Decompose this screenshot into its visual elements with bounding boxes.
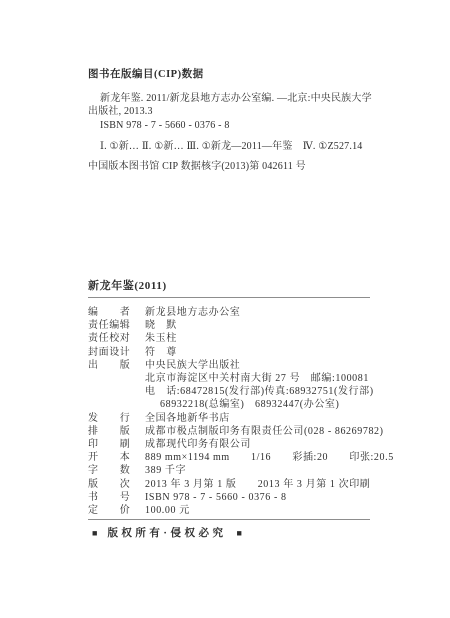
row-label	[88, 385, 145, 398]
row-value: 晓 默	[145, 319, 177, 332]
phone-general-office: 68932447(办公室)	[255, 399, 339, 410]
cip-record-number: 中国版本图书馆 CIP 数据核字(2013)第 042611 号	[88, 160, 388, 173]
row-value: 新龙县地方志办公室	[145, 306, 240, 319]
phone-sales-dept: 电 话:68472815(发行部)	[145, 385, 265, 398]
colophon-rows: 编 者 新龙县地方志办公室 责任编辑 晓 默 责任校对 朱玉柱 封面设计 符 尊…	[88, 306, 400, 517]
divider-bottom	[88, 519, 370, 520]
row-format: 开 本 889 mm×1194 mm 1/16 彩插:20 印张:20.5	[88, 451, 400, 464]
divider-top	[88, 297, 370, 298]
row-publisher-address: 北京市海淀区中关村南大街 27 号 邮编:100081	[88, 372, 400, 385]
copyright-page: 图书在版编目(CIP)数据 新龙年鉴. 2011/新龙县地方志办公室编. —北京…	[0, 0, 450, 618]
row-value: 68932218(总编室)68932447(办公室)	[145, 398, 339, 411]
row-compiler: 编 者 新龙县地方志办公室	[88, 306, 400, 319]
row-label: 书 号	[88, 491, 145, 504]
square-icon: ■	[92, 528, 97, 538]
row-publisher: 出 版 中央民族大学出版社	[88, 359, 400, 372]
row-label: 封面设计	[88, 346, 145, 359]
row-cover-design: 封面设计 符 尊	[88, 346, 400, 359]
row-label: 开 本	[88, 451, 145, 464]
row-price: 定 价 100.00 元	[88, 504, 400, 517]
row-label: 定 价	[88, 504, 145, 517]
copyright-text: 版权所有·侵权必究	[107, 528, 226, 539]
book-title: 新龙年鉴(2011)	[88, 277, 167, 293]
row-value: 成都市极点制版印务有限责任公司(028 - 86269782)	[145, 425, 384, 438]
row-value: 北京市海淀区中关村南大街 27 号 邮编:100081	[145, 372, 369, 385]
row-distribution: 发 行 全国各地新华书店	[88, 412, 400, 425]
row-label	[88, 398, 145, 411]
row-typesetting: 排 版 成都市极点制版印务有限责任公司(028 - 86269782)	[88, 425, 400, 438]
row-label: 责任校对	[88, 332, 145, 345]
row-proofreader: 责任校对 朱玉柱	[88, 332, 400, 345]
row-value: 100.00 元	[145, 504, 190, 517]
row-label: 出 版	[88, 359, 145, 372]
row-value: 全国各地新华书店	[145, 412, 230, 425]
row-printing: 印 刷 成都现代印务有限公司	[88, 438, 400, 451]
row-label: 排 版	[88, 425, 145, 438]
row-label	[88, 372, 145, 385]
row-value: ISBN 978 - 7 - 5660 - 0376 - 8	[145, 491, 287, 504]
cip-entry-line1: 新龙年鉴. 2011/新龙县地方志办公室编. —北京:中央民族大学	[88, 92, 388, 105]
row-edition: 版 次 2013 年 3 月第 1 版 2013 年 3 月第 1 次印刷	[88, 478, 400, 491]
row-label: 编 者	[88, 306, 145, 319]
cip-heading: 图书在版编目(CIP)数据	[88, 68, 388, 81]
row-label: 字 数	[88, 464, 145, 477]
row-label: 发 行	[88, 412, 145, 425]
copyright-notice: ■版权所有·侵权必究■	[92, 525, 242, 540]
row-label: 版 次	[88, 478, 145, 491]
row-value: 中央民族大学出版社	[145, 359, 240, 372]
row-value: 朱玉柱	[145, 332, 177, 345]
row-value: 889 mm×1194 mm 1/16 彩插:20 印张:20.5	[145, 451, 394, 464]
row-publisher-phones-1: 电 话:68472815(发行部)传真:68932751(发行部)	[88, 385, 400, 398]
cip-isbn: ISBN 978 - 7 - 5660 - 0376 - 8	[88, 119, 388, 132]
phone-editorial-office: 68932218(总编室)	[160, 398, 255, 411]
cip-classification: Ⅰ. ①新… Ⅱ. ①新… Ⅲ. ①新龙—2011—年鉴 Ⅳ. ①Z527.14	[88, 140, 388, 153]
fax-sales-dept: 传真:68932751(发行部)	[265, 386, 374, 397]
row-managing-editor: 责任编辑 晓 默	[88, 319, 400, 332]
cip-block: 图书在版编目(CIP)数据 新龙年鉴. 2011/新龙县地方志办公室编. —北京…	[88, 68, 388, 173]
row-value: 2013 年 3 月第 1 版 2013 年 3 月第 1 次印刷	[145, 478, 370, 491]
row-word-count: 字 数 389 千字	[88, 464, 400, 477]
cip-entry-line2: 出版社, 2013.3	[88, 105, 388, 118]
row-value: 符 尊	[145, 346, 177, 359]
row-label: 责任编辑	[88, 319, 145, 332]
row-publisher-phones-2: 68932218(总编室)68932447(办公室)	[88, 398, 400, 411]
row-value: 成都现代印务有限公司	[145, 438, 251, 451]
row-value: 电 话:68472815(发行部)传真:68932751(发行部)	[145, 385, 374, 398]
square-icon: ■	[236, 528, 241, 538]
row-value: 389 千字	[145, 464, 186, 477]
row-label: 印 刷	[88, 438, 145, 451]
row-book-number: 书 号 ISBN 978 - 7 - 5660 - 0376 - 8	[88, 491, 400, 504]
